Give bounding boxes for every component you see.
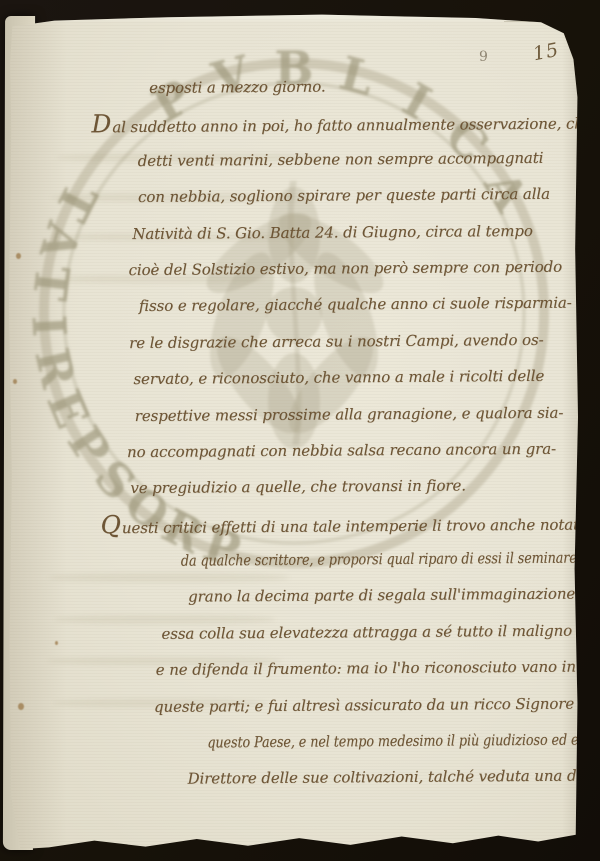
stamp-number: 9 — [479, 49, 489, 65]
manuscript-line: esposti a mezzo giorno. — [149, 67, 571, 107]
manuscript-line: Direttore delle sue coltivazioni, talché… — [187, 758, 576, 797]
manuscript-line: servato, e riconosciuto, che vanno a mal… — [133, 358, 573, 398]
manuscript-line: e ne difenda il frumento: ma io l'ho ric… — [156, 649, 576, 689]
manuscript-line: no accompagnati con nebbia salsa recano … — [127, 430, 574, 470]
manuscript-line: Questi critici effetti di una tale intem… — [100, 503, 574, 543]
manuscript-line: ve pregiudizio a quelle, che trovansi in… — [130, 467, 574, 507]
manuscript-line: essa colla sua elevatezza attragga a sé … — [161, 612, 575, 652]
manuscript-line: detti venti marini, sebbene non sempre a… — [138, 139, 572, 179]
manuscript-text-block: esposti a mezzo giorno. Dal suddetto ann… — [9, 67, 577, 799]
manuscript-line: con nebbia, sogliono spirare per queste … — [138, 176, 572, 216]
manuscript-line: respettive messi prossime alla granagion… — [135, 394, 574, 434]
manuscript-line: questo Paese, e nel tempo medesimo il pi… — [207, 722, 521, 761]
manuscript-line: Dal suddetto anno in poi, ho fatto annua… — [91, 103, 571, 143]
manuscript-line: queste parti; e fui altresì assicurato d… — [154, 685, 576, 725]
manuscript-line: cioè del Solstizio estivo, ma non però s… — [128, 249, 572, 289]
manuscript-line: re le disgrazie che arreca su i nostri C… — [129, 321, 573, 361]
photo-background: PVBLICAPROSPERITAT 9 15 esposti a mezzo … — [0, 0, 600, 861]
manuscript-line: fisso e regolare, giacché qualche anno c… — [139, 285, 573, 325]
manuscript-line: Natività di S. Gio. Batta 24. di Giugno,… — [132, 212, 572, 252]
manuscript-line: da qualche scrittore, e proporsi qual ri… — [181, 540, 516, 579]
manuscript-page: PVBLICAPROSPERITAT 9 15 esposti a mezzo … — [9, 13, 578, 855]
manuscript-line: grano la decima parte di segala sull'imm… — [188, 576, 575, 615]
